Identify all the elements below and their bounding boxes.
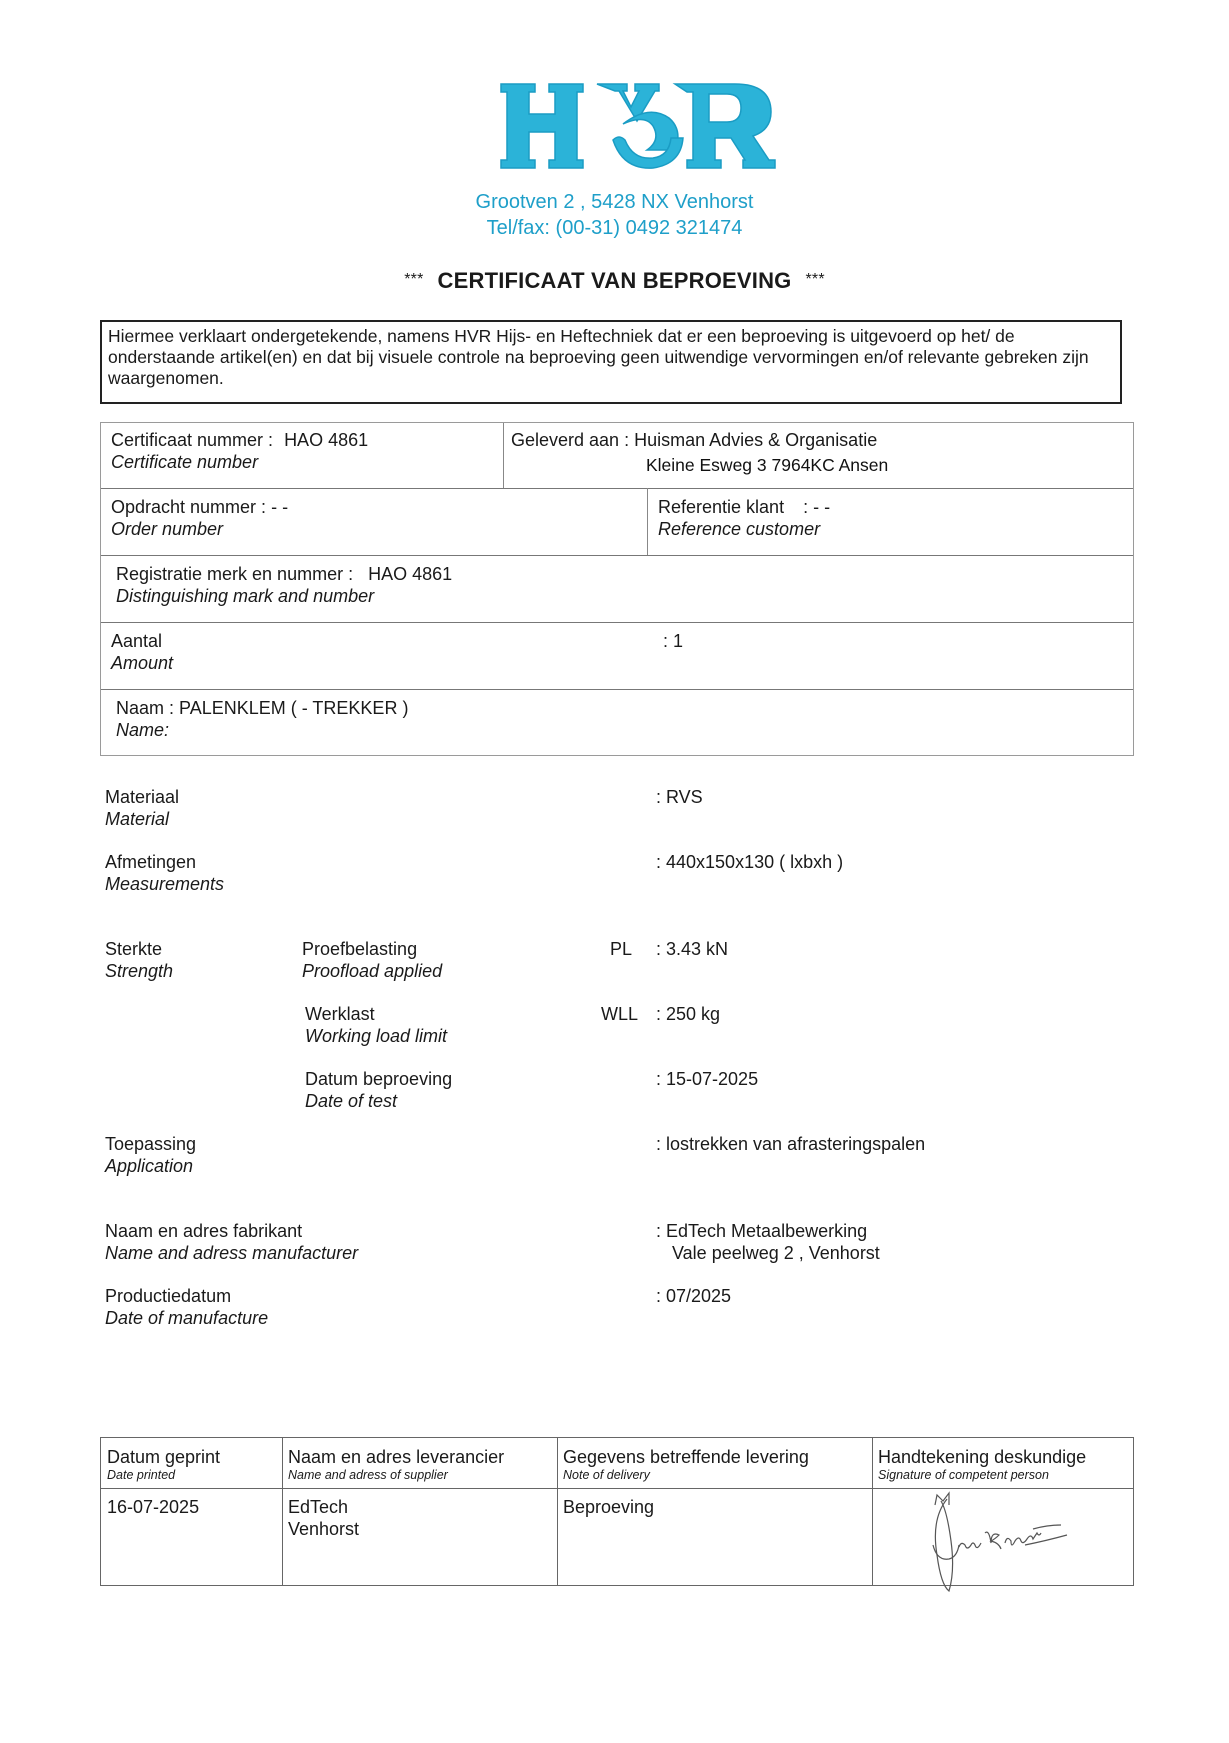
manufacturer-value-line1: : EdTech Metaalbewerking [656, 1220, 867, 1242]
divider [101, 555, 1133, 556]
amount-value: : 1 [663, 630, 683, 652]
delivered-to-address: Kleine Esweg 3 7964KC Ansen [646, 454, 888, 476]
order-number-label: Opdracht nummer : [111, 497, 266, 517]
name-label-en: Name: [116, 719, 169, 741]
company-address: Grootven 2 , 5428 NX Venhorst [0, 190, 1229, 215]
wll-value: : 250 kg [656, 1003, 720, 1025]
reference-customer-label-en: Reference customer [658, 518, 820, 540]
production-date-label: Productiedatum [105, 1285, 231, 1307]
divider [503, 423, 504, 488]
supplier-header: Naam en adres leverancier Name and adres… [288, 1446, 504, 1482]
production-date-label-en: Date of manufacture [105, 1307, 268, 1329]
delivery-note-header: Gegevens betreffende levering Note of de… [563, 1446, 809, 1482]
application-value: : lostrekken van afrasteringspalen [656, 1133, 925, 1155]
supplier-city: Venhorst [288, 1518, 359, 1540]
signature [925, 1485, 1085, 1595]
proofload-code: PL [610, 938, 632, 960]
reference-customer-field: Referentie klant : - - [658, 496, 830, 518]
divider [647, 488, 648, 555]
measurements-label-en: Measurements [105, 873, 224, 895]
name-value: PALENKLEM ( - TREKKER ) [179, 698, 408, 718]
supplier-value: EdTech Venhorst [288, 1496, 359, 1540]
wll-label-en: Working load limit [305, 1025, 447, 1047]
material-label-en: Material [105, 808, 169, 830]
test-date-label: Datum beproeving [305, 1068, 452, 1090]
signature-header-sub: Signature of competent person [878, 1468, 1086, 1482]
declaration-text: Hiermee verklaart ondergetekende, namens… [100, 320, 1122, 404]
name-field: Naam : PALENKLEM ( - TREKKER ) [116, 697, 408, 719]
divider [557, 1438, 558, 1585]
divider [101, 689, 1133, 690]
delivered-to-name: Huisman Advies & Organisatie [634, 430, 877, 450]
supplier-header-text: Naam en adres leverancier [288, 1446, 504, 1468]
delivery-note-header-text: Gegevens betreffende levering [563, 1446, 809, 1468]
signature-header: Handtekening deskundige Signature of com… [878, 1446, 1086, 1482]
divider [282, 1438, 283, 1585]
signature-icon [925, 1485, 1085, 1595]
title-stars-left: *** [404, 271, 423, 288]
certificate-number-field: Certificaat nummer : HAO 4861 [111, 429, 368, 451]
proofload-label-en: Proofload applied [302, 960, 442, 982]
order-number-field: Opdracht nummer : - - [111, 496, 288, 518]
delivered-to-label: Geleverd aan : [511, 430, 629, 450]
reference-customer-label: Referentie klant [658, 497, 784, 517]
wll-label: Werklast [305, 1003, 375, 1025]
production-date-value: : 07/2025 [656, 1285, 731, 1307]
supplier-header-sub: Name and adress of supplier [288, 1468, 504, 1482]
divider [872, 1438, 873, 1585]
company-phone: Tel/fax: (00-31) 0492 321474 [0, 216, 1229, 241]
delivery-note-value: Beproeving [563, 1496, 654, 1518]
reference-customer-value: : - - [803, 497, 830, 517]
test-date-label-en: Date of test [305, 1090, 397, 1112]
strength-label: Sterkte [105, 938, 162, 960]
page-title: ***CERTIFICAAT VAN BEPROEVING*** [0, 268, 1229, 294]
manufacturer-label: Naam en adres fabrikant [105, 1220, 302, 1242]
wll-code: WLL [601, 1003, 638, 1025]
date-printed-header-sub: Date printed [107, 1468, 220, 1482]
date-printed-value: 16-07-2025 [107, 1496, 199, 1518]
manufacturer-value-line2: Vale peelweg 2 , Venhorst [672, 1242, 880, 1264]
measurements-label: Afmetingen [105, 851, 196, 873]
amount-label: Aantal [111, 630, 162, 652]
certificate-number-label: Certificaat nummer : [111, 430, 273, 450]
supplier-name: EdTech [288, 1496, 359, 1518]
measurements-value: : 440x150x130 ( lxbxh ) [656, 851, 843, 873]
signature-header-text: Handtekening deskundige [878, 1446, 1086, 1468]
date-printed-header: Datum geprint Date printed [107, 1446, 220, 1482]
divider [101, 622, 1133, 623]
proofload-label: Proefbelasting [302, 938, 417, 960]
registration-label-en: Distinguishing mark and number [116, 585, 374, 607]
hvr-logo [497, 80, 777, 172]
title-stars-right: *** [805, 271, 824, 288]
hvr-logo-icon [497, 80, 777, 172]
material-value: : RVS [656, 786, 703, 808]
registration-field: Registratie merk en nummer : HAO 4861 [116, 563, 452, 585]
registration-value: HAO 4861 [368, 564, 452, 584]
divider [101, 488, 1133, 489]
material-label: Materiaal [105, 786, 179, 808]
date-printed-header-text: Datum geprint [107, 1446, 220, 1468]
delivery-note-header-sub: Note of delivery [563, 1468, 809, 1482]
certificate-number-label-en: Certificate number [111, 451, 258, 473]
application-label-en: Application [105, 1155, 193, 1177]
name-label: Naam : [116, 698, 174, 718]
registration-label: Registratie merk en nummer : [116, 564, 353, 584]
delivered-to-field: Geleverd aan : Huisman Advies & Organisa… [511, 429, 877, 451]
test-date-value: : 15-07-2025 [656, 1068, 758, 1090]
info-box: Certificaat nummer : HAO 4861 Certificat… [100, 422, 1134, 756]
proofload-value: : 3.43 kN [656, 938, 728, 960]
strength-label-en: Strength [105, 960, 173, 982]
amount-label-en: Amount [111, 652, 173, 674]
manufacturer-label-en: Name and adress manufacturer [105, 1242, 358, 1264]
certificate-number-value: HAO 4861 [284, 430, 368, 450]
order-number-value: - - [271, 497, 288, 517]
application-label: Toepassing [105, 1133, 196, 1155]
title-text: CERTIFICAAT VAN BEPROEVING [438, 268, 792, 293]
order-number-label-en: Order number [111, 518, 223, 540]
